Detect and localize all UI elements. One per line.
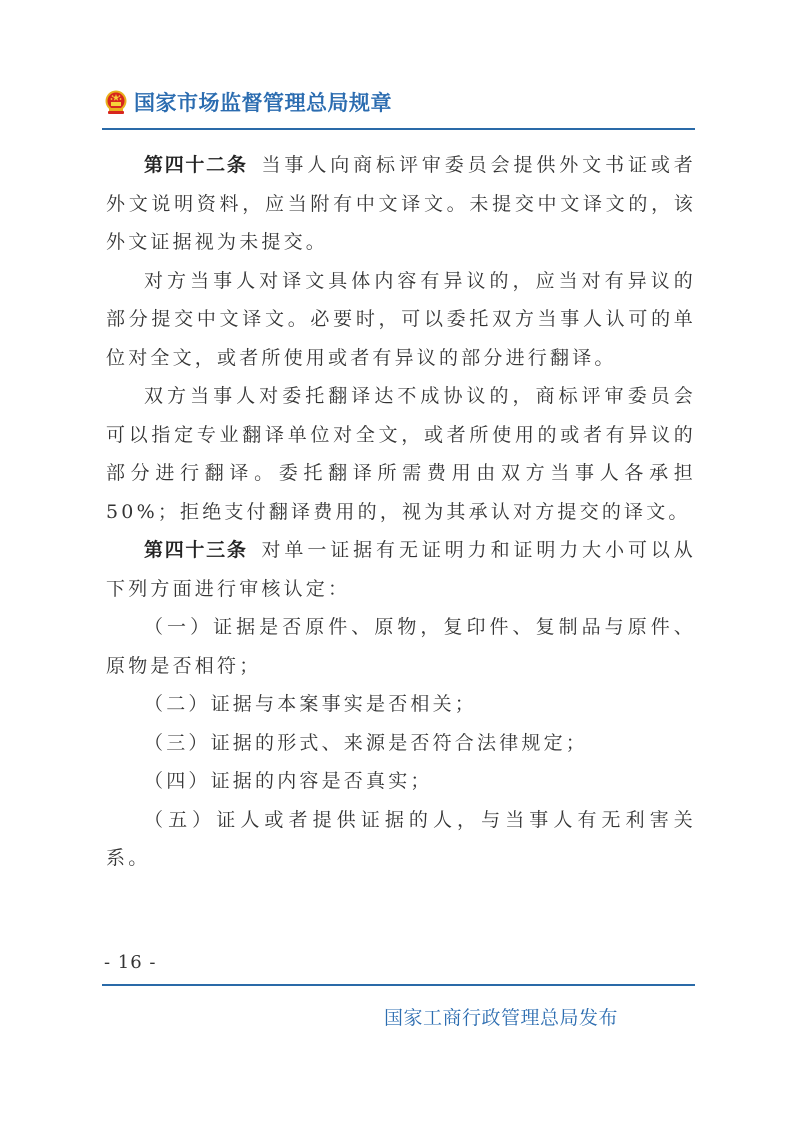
document-header: 国家市场监督管理总局规章	[104, 88, 392, 118]
list-item: （一）证据是否原件、原物，复印件、复制品与原件、原物是否相符；	[106, 608, 696, 685]
national-emblem-icon	[104, 90, 128, 116]
footer-publisher: 国家工商行政管理总局发布	[384, 1003, 618, 1030]
list-item: （四）证据的内容是否真实；	[106, 762, 696, 801]
list-item: （二）证据与本案事实是否相关；	[106, 685, 696, 724]
article-43-paragraph: 第四十三条对单一证据有无证明力和证明力大小可以从下列方面进行审核认定：	[106, 531, 696, 608]
article-42-paragraph: 第四十二条当事人向商标评审委员会提供外文书证或者外文说明资料，应当附有中文译文。…	[106, 146, 696, 262]
article-42-paragraph-2: 对方当事人对译文具体内容有异议的，应当对有异议的部分提交中文译文。必要时，可以委…	[106, 262, 696, 378]
header-title: 国家市场监督管理总局规章	[134, 88, 392, 118]
header-divider	[102, 128, 695, 130]
article-number: 第四十二条	[144, 154, 248, 176]
list-item: （三）证据的形式、来源是否符合法律规定；	[106, 724, 696, 763]
list-item: （五）证人或者提供证据的人，与当事人有无利害关系。	[106, 801, 696, 878]
article-42-paragraph-3: 双方当事人对委托翻译达不成协议的，商标评审委员会可以指定专业翻译单位对全文，或者…	[106, 377, 696, 531]
page-number: - 16 -	[104, 952, 157, 973]
paragraph-text: 对方当事人对译文具体内容有异议的，应当对有异议的部分提交中文译文。必要时，可以委…	[106, 270, 696, 369]
footer-divider	[102, 984, 695, 986]
article-number: 第四十三条	[144, 539, 248, 561]
paragraph-text: 双方当事人对委托翻译达不成协议的，商标评审委员会可以指定专业翻译单位对全文，或者…	[106, 385, 696, 523]
document-body: 第四十二条当事人向商标评审委员会提供外文书证或者外文说明资料，应当附有中文译文。…	[106, 146, 696, 878]
